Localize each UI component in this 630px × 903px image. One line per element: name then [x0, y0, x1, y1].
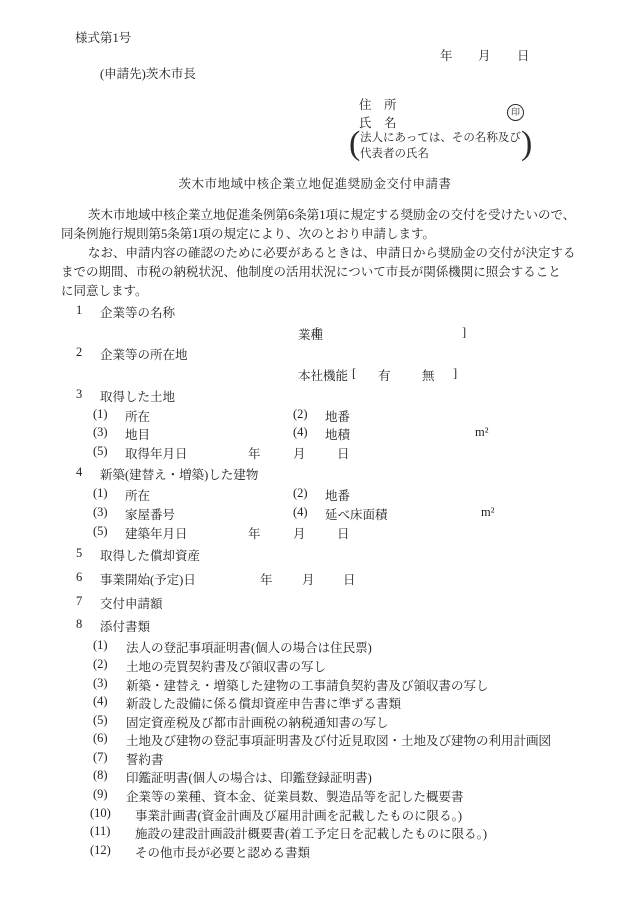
section-number: 8 [76, 617, 82, 632]
attachment-label: その他市長が必要と認める書類 [135, 843, 310, 861]
body-line-text: 茨木市地域中核企業立地促進条例第6条第1項に規定する奨励金の交付を受けたいので、 [88, 205, 575, 223]
body-line-text: までの期間、市税の納税状況、他制度の活用状況について市長が関係機関に照会すること [61, 262, 561, 280]
attachment-row: (10) 事業計画書(資金計画及び雇用計画を記載したものに限る。) [0, 806, 630, 825]
field-label: 地番 [325, 486, 350, 504]
attachment-row: (4) 新設した設備に係る償却資産申告書に準ずる書類 [0, 694, 630, 713]
attachment-number: (5) [93, 713, 108, 728]
field-number: (3) [93, 505, 108, 520]
section-7-heading: 7 交付申請額 [0, 594, 630, 613]
hq-bracket-close: ] [453, 366, 457, 381]
field-number: (2) [293, 486, 308, 501]
date-line: 年 月 日 [0, 46, 630, 65]
attachment-number: (4) [93, 694, 108, 709]
attachment-label: 事業計画書(資金計画及び雇用計画を記載したものに限る。) [135, 806, 462, 824]
body-line: までの期間、市税の納税状況、他制度の活用状況について市長が関係機関に照会すること [0, 262, 630, 281]
body-line: なお、申請内容の確認のために必要があるときは、申請日から奨励金の交付が決定する [0, 243, 630, 262]
attachment-label: 印鑑証明書(個人の場合は、印鑑登録証明書) [126, 768, 372, 786]
addressee: (申請先)茨木市長 [100, 64, 196, 82]
attachment-number: (1) [93, 638, 108, 653]
attachment-label: 土地及び建物の登記事項証明書及び付近見取図・土地及び建物の利用計画図 [126, 731, 551, 749]
section-number: 3 [76, 387, 82, 402]
area-unit: m² [481, 505, 494, 520]
hq-option-yes: 有 [378, 366, 391, 384]
land-row-2: (3) 地目 (4) 地積 m² [0, 425, 630, 444]
section-number: 2 [76, 345, 82, 360]
hq-function-field-row: 本社機能 [ 有 無 ] [0, 366, 630, 385]
field-label: 地番 [325, 407, 350, 425]
attachment-row: (2) 土地の売買契約書及び領収書の写し [0, 657, 630, 676]
field-number: (5) [93, 444, 108, 459]
address-label: 住 所 [359, 95, 397, 113]
field-label: 家屋番号 [125, 505, 175, 523]
date-year-label: 年 [440, 46, 453, 64]
corporate-note-line2: 代表者の氏名 [360, 145, 429, 161]
corporate-note-line1: 法人にあっては、その名称及び [360, 129, 521, 145]
applicant-address-row: 住 所 [0, 95, 630, 114]
land-row-3: (5) 取得年月日 年 月 日 [0, 444, 630, 463]
attachment-number: (9) [93, 787, 108, 802]
attachment-label: 法人の登記事項証明書(個人の場合は住民票) [126, 638, 372, 656]
attachment-label: 新設した設備に係る償却資産申告書に準ずる書類 [126, 694, 401, 712]
section-number: 4 [76, 465, 82, 480]
building-row-2: (3) 家屋番号 (4) 延べ床面積 m² [0, 505, 630, 524]
attachment-label: 新築・建替え・増築した建物の工事請負契約書及び領収書の写し [126, 676, 489, 694]
section-label: 事業開始(予定)日 [100, 570, 196, 588]
field-label: 所在 [125, 486, 150, 504]
area-unit: m² [475, 425, 488, 440]
seal-glyph: 印 [511, 108, 520, 117]
industry-bracket-open: [ [315, 325, 319, 340]
attachment-label: 企業等の業種、資本金、従業員数、製造品等を記した概要書 [126, 787, 464, 805]
date-day-label: 日 [517, 46, 530, 64]
section-label: 新築(建替え・増築)した建物 [100, 465, 258, 483]
attachment-label: 誓約書 [126, 750, 164, 768]
section-3-heading: 3 取得した土地 [0, 387, 630, 406]
building-row-1: (1) 所在 (2) 地番 [0, 486, 630, 505]
field-label: 延べ床面積 [325, 505, 388, 523]
month-label: 月 [293, 524, 306, 542]
attachment-label: 土地の売買契約書及び領収書の写し [126, 657, 326, 675]
attachment-number: (6) [93, 731, 108, 746]
form-number: 様式第1号 [75, 28, 131, 46]
body-line-text: なお、申請内容の確認のために必要があるときは、申請日から奨励金の交付が決定する [88, 243, 576, 261]
day-label: 日 [337, 524, 350, 542]
page-title: 茨木市地域中核企業立地促進奨励金交付申請書 [0, 174, 630, 193]
attachment-number: (2) [93, 657, 108, 672]
year-label: 年 [260, 570, 273, 588]
section-label: 取得した償却資産 [100, 546, 200, 564]
section-2-heading: 2 企業等の所在地 [0, 345, 630, 364]
attachment-row: (1) 法人の登記事項証明書(個人の場合は住民票) [0, 638, 630, 657]
hq-function-label: 本社機能 [298, 366, 348, 384]
attachment-number: (11) [90, 824, 110, 839]
addressee-row: (申請先)茨木市長 [0, 64, 630, 83]
day-label: 日 [343, 570, 356, 588]
field-number: (4) [293, 505, 308, 520]
corporate-note-close-paren: ) [521, 126, 532, 162]
attachment-row: (12) その他市長が必要と認める書類 [0, 843, 630, 862]
attachment-label: 施設の建設計画設計概要書(着工予定日を記載したものに限る。) [135, 824, 487, 842]
industry-bracket-close: ] [462, 325, 466, 340]
field-label: 地積 [325, 425, 350, 443]
month-label: 月 [302, 570, 315, 588]
section-4-heading: 4 新築(建替え・増築)した建物 [0, 465, 630, 484]
section-1-heading: 1 企業等の名称 [0, 303, 630, 322]
seal-icon: 印 [507, 104, 524, 121]
attachment-number: (12) [90, 843, 111, 858]
body-line: に同意します。 [0, 281, 630, 300]
field-label: 所在 [125, 407, 150, 425]
land-row-1: (1) 所在 (2) 地番 [0, 407, 630, 426]
section-label: 企業等の所在地 [100, 345, 188, 363]
field-number: (3) [93, 425, 108, 440]
attachment-number: (7) [93, 750, 108, 765]
body-line: 茨木市地域中核企業立地促進条例第6条第1項に規定する奨励金の交付を受けたいので、 [0, 205, 630, 224]
attachment-row: (8) 印鑑証明書(個人の場合は、印鑑登録証明書) [0, 768, 630, 787]
building-row-3: (5) 建築年月日 年 月 日 [0, 524, 630, 543]
year-label: 年 [248, 524, 261, 542]
attachment-row: (3) 新築・建替え・増築した建物の工事請負契約書及び領収書の写し [0, 676, 630, 695]
application-form-document: 様式第1号 年 月 日 (申請先)茨木市長 住 所 氏 名 印 ( 法人にあって… [0, 0, 630, 903]
form-number-row: 様式第1号 [0, 28, 630, 47]
section-number: 1 [76, 303, 82, 318]
attachment-number: (10) [90, 806, 111, 821]
section-8-heading: 8 添付書類 [0, 617, 630, 636]
year-label: 年 [248, 444, 261, 462]
section-number: 7 [76, 594, 82, 609]
attachment-number: (3) [93, 676, 108, 691]
attachment-label: 固定資産税及び都市計画税の納税通知書の写し [126, 713, 389, 731]
date-month-label: 月 [478, 46, 491, 64]
section-label: 交付申請額 [100, 594, 163, 612]
body-line: 同条例施行規則第5条第1項の規定により、次のとおり申請します。 [0, 224, 630, 243]
attachment-row: (11) 施設の建設計画設計概要書(着工予定日を記載したものに限る。) [0, 824, 630, 843]
month-label: 月 [293, 444, 306, 462]
section-number: 5 [76, 546, 82, 561]
body-line-text: 同条例施行規則第5条第1項の規定により、次のとおり申請します。 [61, 224, 435, 242]
field-number: (2) [293, 407, 308, 422]
attachment-row: (9) 企業等の業種、資本金、従業員数、製造品等を記した概要書 [0, 787, 630, 806]
field-number: (1) [93, 486, 108, 501]
field-number: (1) [93, 407, 108, 422]
hq-option-no: 無 [422, 366, 435, 384]
industry-field-row: 業種 [ ] [0, 325, 630, 344]
section-5-heading: 5 取得した償却資産 [0, 546, 630, 565]
section-label: 添付書類 [100, 617, 150, 635]
field-number: (5) [93, 524, 108, 539]
industry-label: 業種 [298, 325, 323, 343]
section-number: 6 [76, 570, 82, 585]
attachment-row: (5) 固定資産税及び都市計画税の納税通知書の写し [0, 713, 630, 732]
day-label: 日 [337, 444, 350, 462]
section-6-heading: 6 事業開始(予定)日 年 月 日 [0, 570, 630, 589]
section-label: 取得した土地 [100, 387, 175, 405]
section-label: 企業等の名称 [100, 303, 175, 321]
field-label: 建築年月日 [125, 524, 188, 542]
attachment-row: (6) 土地及び建物の登記事項証明書及び付近見取図・土地及び建物の利用計画図 [0, 731, 630, 750]
body-line-text: に同意します。 [61, 281, 148, 299]
hq-bracket-open: [ [352, 366, 356, 381]
attachment-row: (7) 誓約書 [0, 750, 630, 769]
field-number: (4) [293, 425, 308, 440]
attachment-number: (8) [93, 768, 108, 783]
field-label: 地目 [125, 425, 150, 443]
corporate-note-line2-row: 代表者の氏名 [0, 145, 630, 164]
field-label: 取得年月日 [125, 444, 188, 462]
